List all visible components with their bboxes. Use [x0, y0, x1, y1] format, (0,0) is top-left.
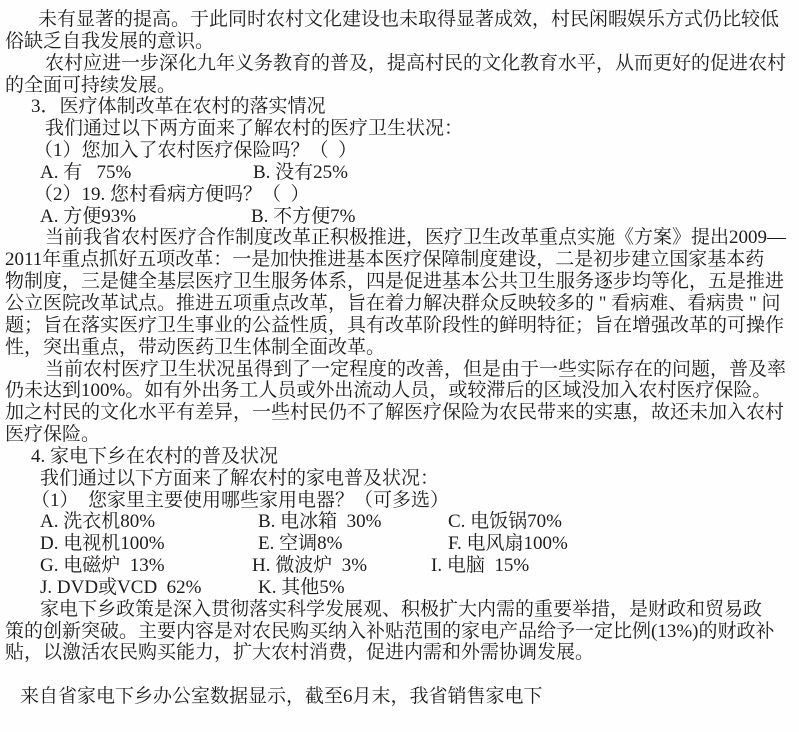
section-4-heading: 4. 家电下乡在农村的普及状况 — [0, 446, 799, 468]
option-item: A. 有 75% — [40, 162, 131, 184]
paragraph-line: 题；旨在落实医疗卫生事业的公益性质，具有改革阶段性的鲜明特征；旨在增强改革的可操… — [0, 315, 799, 337]
paragraph-line: 策的创新突破。主要内容是对农民购买纳入补贴范围的家电产品给予一定比例(13%)的… — [0, 621, 799, 643]
paragraph-line: 医疗保险。 — [0, 424, 799, 446]
paragraph-line: 贴，以激活农民购买能力，扩大农村消费，促进内需和外需协调发展。 — [0, 642, 799, 664]
option-item: D. 电视机100% — [40, 533, 165, 555]
paragraph-line: 家电下乡政策是深入贯彻落实科学发展观、积极扩大内需的重要举措，是财政和贸易政 — [0, 599, 799, 621]
option-item: B. 不方便7% — [251, 206, 356, 228]
paragraph-line: 当前我省农村医疗合作制度改革正积极推进，医疗卫生改革重点实施《方案》提出2009… — [0, 227, 799, 249]
option-item: J. DVD或VCD 62% — [40, 577, 202, 599]
paragraph-line: 俗缺乏自我发展的意识。 — [0, 31, 799, 53]
option-item: E. 空调8% — [258, 533, 342, 555]
section-3-heading: 3．医疗体制改革在农村的落实情况 — [0, 96, 799, 118]
options-appliances-row-2: D. 电视机100% E. 空调8% F. 电风扇100% — [0, 533, 799, 555]
option-item: F. 电风扇100% — [448, 533, 568, 555]
paragraph-line: 未有显著的提高。于此同时农村文化建设也未取得显著成效，村民闲暇娱乐方式仍比较低 — [0, 9, 799, 31]
question-appliances: （1） 您家里主要使用哪些家用电器？（可多选） — [0, 490, 799, 512]
blank-line — [0, 664, 799, 686]
options-appliances-row-1: A. 洗衣机80% B. 电冰箱 30% C. 电饭锅70% — [0, 511, 799, 533]
question-medical-access: （2）19. 您村看病方便吗？（ ） — [0, 184, 799, 206]
paragraph-line: 物制度，三是健全基层医疗卫生服务体系，四是促进基本公共卫生服务逐步均等化，五是推… — [0, 271, 799, 293]
paragraph-line: 来自省家电下乡办公室数据显示，截至6月末，我省销售家电下 — [0, 686, 799, 708]
section-4-intro: 我们通过以下方面来了解农村的家电普及状况： — [0, 468, 799, 490]
question-medical-insurance: （1）您加入了农村医疗保险吗？（ ） — [0, 140, 799, 162]
option-item: C. 电饭锅70% — [448, 511, 562, 533]
options-appliances-row-4: J. DVD或VCD 62% K. 其他5% — [0, 577, 799, 599]
paragraph-line: 公立医院改革试点。推进五项重点改革，旨在着力解决群众反映较多的 " 看病难、看病… — [0, 293, 799, 315]
option-item: K. 其他5% — [258, 577, 345, 599]
option-item: H. 微波炉 3% — [252, 555, 367, 577]
paragraph-line: 的全面可持续发展。 — [0, 75, 799, 97]
paragraph-line: 加之村民的文化水平有差异，一些村民仍不了解医疗保险为农民带来的实惠，故还未加入农… — [0, 402, 799, 424]
paragraph-line: 性，突出重点，带动医药卫生体制全面改革。 — [0, 337, 799, 359]
option-item: B. 电冰箱 30% — [258, 511, 382, 533]
paragraph-line: 农村应进一步深化九年义务教育的普及，提高村民的文化教育水平，从而更好的促进农村 — [0, 53, 799, 75]
option-item: G. 电磁炉 13% — [40, 555, 165, 577]
options-medical-access: A. 方便93% B. 不方便7% — [0, 206, 799, 228]
paragraph-line: 2011年重点抓好五项改革：一是加快推进基本医疗保障制度建设，二是初步建立国家基… — [0, 249, 799, 271]
paragraph-line: 当前农村医疗卫生状况虽得到了一定程度的改善，但是由于一些实际存在的问题，普及率 — [0, 359, 799, 381]
option-item: B. 没有25% — [253, 162, 348, 184]
option-item: A. 方便93% — [40, 206, 136, 228]
document-page: 未有显著的提高。于此同时农村文化建设也未取得显著成效，村民闲暇娱乐方式仍比较低 … — [0, 0, 799, 732]
option-item: I. 电脑 15% — [431, 555, 529, 577]
section-3-intro: 我们通过以下两方面来了解农村的医疗卫生状况： — [0, 118, 799, 140]
options-medical-insurance: A. 有 75% B. 没有25% — [0, 162, 799, 184]
options-appliances-row-3: G. 电磁炉 13% H. 微波炉 3% I. 电脑 15% — [0, 555, 799, 577]
option-item: A. 洗衣机80% — [40, 511, 155, 533]
paragraph-line: 仍未达到100%。如有外出务工人员或外出流动人员，或较滞后的区域没加入农村医疗保… — [0, 380, 799, 402]
